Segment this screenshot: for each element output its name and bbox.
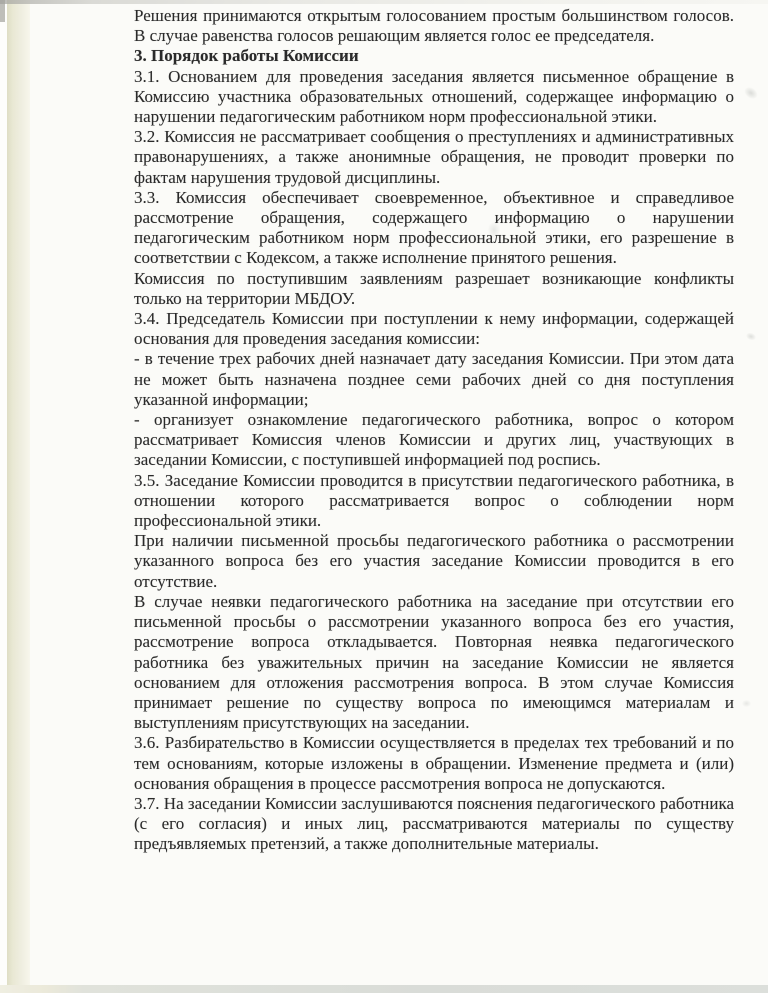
- scan-top-left-corner-mark: [0, 0, 5, 22]
- scan-smudge: [745, 332, 757, 342]
- scan-left-outer-strip: [0, 0, 7, 993]
- paragraph-3-7: 3.7. На заседании Комиссии заслушиваются…: [134, 794, 734, 855]
- paragraph-3-3-note: Комиссия по поступившим заявлениям разре…: [134, 269, 734, 309]
- paragraph-3-2: 3.2. Комиссия не рассматривает сообщения…: [134, 127, 734, 188]
- paragraph-3-5-note-2: В случае неявки педагогического работник…: [134, 592, 734, 733]
- document-page: Решения принимаются открытым голосование…: [0, 0, 768, 993]
- paragraph-3-6: 3.6. Разбирательство в Комиссии осуществ…: [134, 733, 734, 794]
- paragraph-3-4-item-2: - организует ознакомление педагогическог…: [134, 410, 734, 471]
- paragraph-voting-rule: Решения принимаются открытым голосование…: [134, 6, 734, 46]
- scan-top-edge-strip: [0, 0, 768, 4]
- paragraph-3-5-note-1: При наличии письменной просьбы педагогич…: [134, 531, 734, 592]
- paragraph-3-4: 3.4. Председатель Комиссии при поступлен…: [134, 309, 734, 349]
- paragraph-3-5: 3.5. Заседание Комиссии проводится в при…: [134, 471, 734, 532]
- scan-bottom-edge-strip: [0, 985, 768, 993]
- paragraph-3-1: 3.1. Основанием для проведения заседания…: [134, 67, 734, 128]
- section-heading: 3. Порядок работы Комиссии: [134, 46, 734, 66]
- scan-smudge: [742, 700, 751, 707]
- scan-smudge: [742, 85, 759, 101]
- document-text-block: Решения принимаются открытым голосование…: [134, 6, 734, 855]
- paragraph-3-3: 3.3. Комиссия обеспечивает своевременное…: [134, 188, 734, 269]
- paragraph-3-4-item-1: - в течение трех рабочих дней назначает …: [134, 349, 734, 410]
- scan-left-edge-band: [7, 0, 30, 993]
